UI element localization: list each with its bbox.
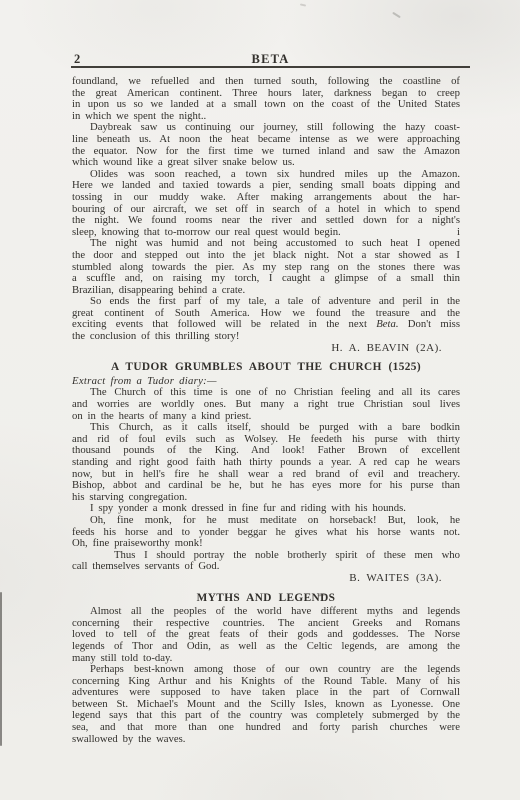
emphasized-text: Beta. — [376, 318, 398, 330]
scan-speck — [392, 12, 401, 18]
paragraph: Perhaps best-known among those of our ow… — [72, 664, 460, 745]
paragraph: Almost all the peoples of the world have… — [72, 606, 460, 664]
text-line: which wound like a great silver snake be… — [72, 157, 460, 169]
text-line: sea, and that more than one hundred and … — [72, 722, 460, 734]
page-title: BETA — [71, 53, 470, 66]
author-signature: B. WAITES (3A). — [72, 573, 460, 585]
text-line: legends of Thor and Odin, as well as the… — [72, 641, 460, 653]
text-line: swallowed by the waves. — [72, 734, 460, 746]
text-line: a scuffle and, on raising my torch, I ca… — [72, 273, 460, 285]
scan-edge-artifact — [0, 592, 2, 746]
text-line: the night. We found rooms near the river… — [72, 215, 460, 227]
text-line: line beneath us. At noon the heat became… — [72, 134, 460, 146]
paragraph: This Church, as it calls itself, should … — [72, 422, 460, 503]
paragraph: Olides was soon reached, a town six hund… — [72, 169, 460, 239]
paragraph: So ends the first parf of my tale, a tal… — [72, 296, 460, 342]
text-line: Perhaps best-known among those of our ow… — [72, 664, 460, 676]
text-line: Oh, fine monk, for he must meditate on h… — [72, 515, 460, 527]
text-line: the door and stepped out into the jet bl… — [72, 250, 460, 262]
author-signature: H. A. BEAVIN (2A). — [72, 343, 460, 355]
paragraph: foundland, we refuelled and then turned … — [72, 76, 460, 122]
page-body-text: foundland, we refuelled and then turned … — [72, 76, 460, 745]
page-header: 2 BETA — [71, 48, 470, 68]
paragraph: Thus I should portray the noble brotherl… — [72, 550, 460, 573]
scanned-magazine-page: 2 BETA foundland, we refuelled and then … — [0, 0, 520, 800]
text-line: foundland, we refuelled and then turned … — [72, 76, 460, 88]
paragraph: The Church of this time is one of no Chr… — [72, 387, 460, 422]
paragraph: Oh, fine monk, for he must meditate on h… — [72, 515, 460, 550]
text-line: Almost all the peoples of the world have… — [72, 606, 460, 618]
text-line: standing and right good faith hath thirt… — [72, 457, 460, 469]
text-line: Oh, fine praiseworthy monk! — [72, 538, 460, 550]
scan-speck — [300, 3, 306, 6]
section-heading: A TUDOR GRUMBLES ABOUT THE CHURCH (1525) — [72, 362, 460, 374]
paragraph: The night was humid and not being accust… — [72, 238, 460, 296]
text-line: tossing in our muddy wake. After making … — [72, 192, 460, 204]
text-line: the conclusion of this thrilling story! — [72, 331, 460, 343]
paragraph: Daybreak saw us continuing our journey, … — [72, 122, 460, 168]
text-line: and worries are worldly ones. But many a… — [72, 399, 460, 411]
section-heading: MYTHS AND LEGENDS — [72, 593, 460, 605]
